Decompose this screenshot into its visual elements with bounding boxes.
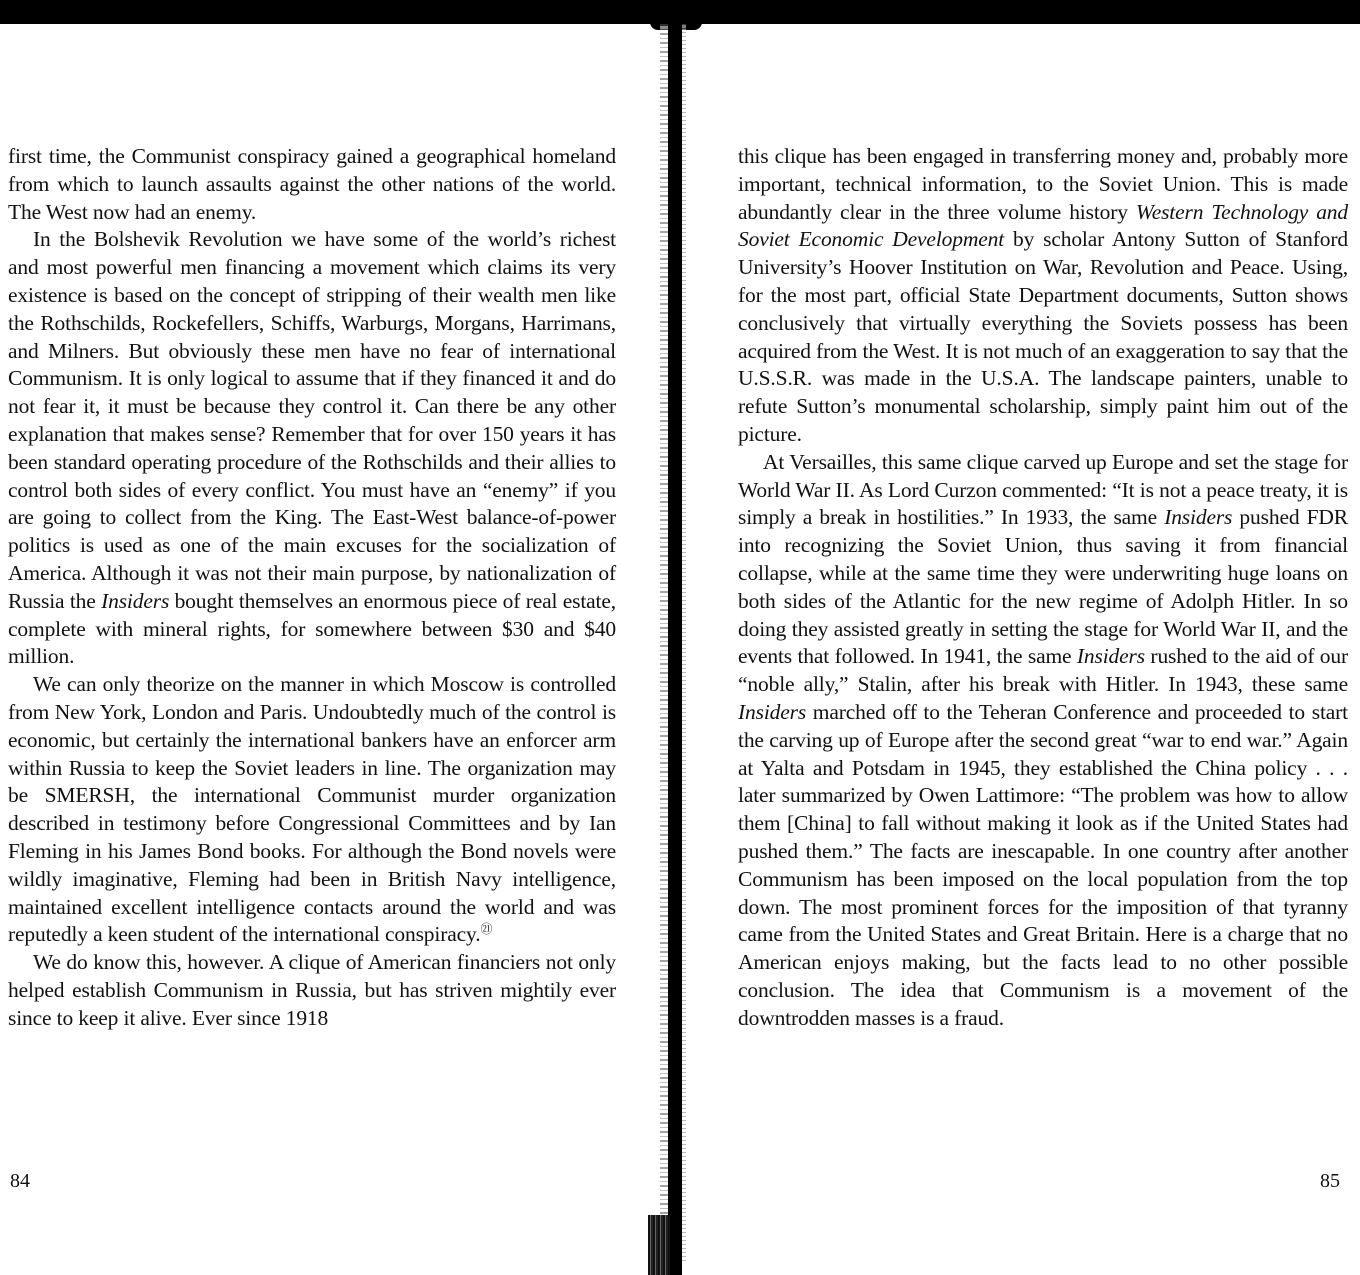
- left-page-body: first time, the Communist conspiracy gai…: [8, 143, 616, 1033]
- italic-text: Insiders: [1077, 644, 1145, 668]
- footnote-marker: ㉑: [480, 922, 492, 936]
- text-run: We can only theorize on the manner in wh…: [8, 672, 616, 946]
- text-run: by scholar Antony Sutton of Stanford Uni…: [738, 227, 1348, 446]
- text-run: first time, the Communist conspiracy gai…: [8, 144, 616, 224]
- paragraph: We do know this, however. A clique of Am…: [8, 949, 616, 1032]
- left-page-number: 84: [10, 1170, 30, 1193]
- paragraph: We can only theorize on the manner in wh…: [8, 671, 616, 949]
- paragraph: In the Bolshevik Revolution we have some…: [8, 226, 616, 671]
- italic-text: Insiders: [1164, 505, 1232, 529]
- book-spine: [668, 20, 682, 1275]
- book-gutter-right: [682, 24, 686, 1264]
- right-page-body: this clique has been engaged in transfer…: [738, 143, 1348, 1033]
- paragraph: At Versailles, this same clique carved u…: [738, 449, 1348, 1033]
- italic-text: Insiders: [738, 700, 806, 724]
- spine-foot-shadow: [648, 1215, 670, 1275]
- text-run: marched off to the Teheran Conference an…: [738, 700, 1348, 1030]
- text-run: In the Bolshevik Revolution we have some…: [8, 227, 616, 612]
- text-run: We do know this, however. A clique of Am…: [8, 950, 616, 1030]
- italic-text: Insiders: [101, 589, 169, 613]
- paragraph: this clique has been engaged in transfer…: [738, 143, 1348, 449]
- right-page-number: 85: [1320, 1170, 1340, 1193]
- paragraph: first time, the Communist conspiracy gai…: [8, 143, 616, 226]
